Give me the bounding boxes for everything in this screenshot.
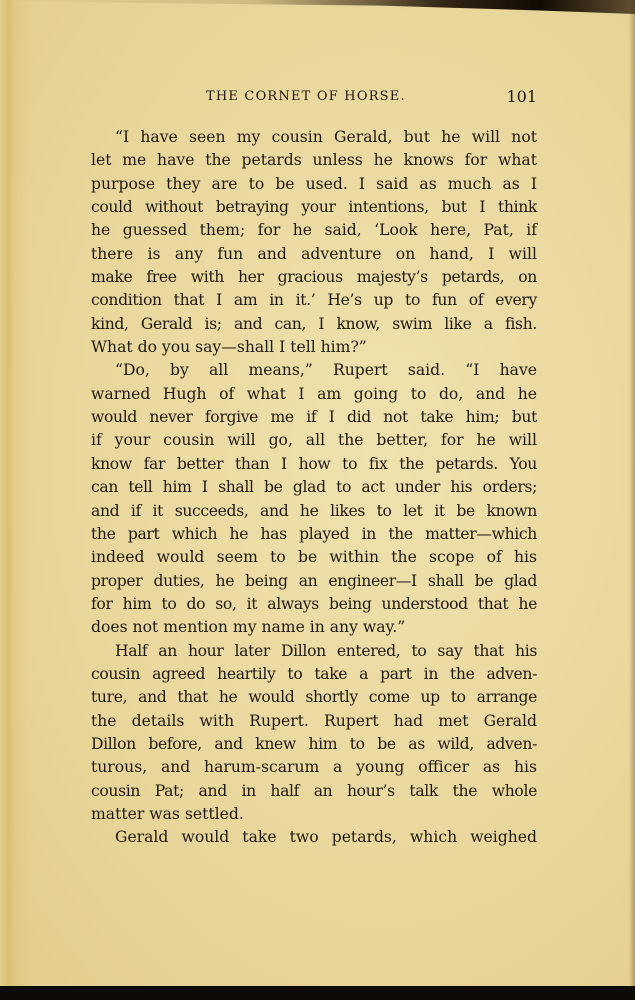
text-line: What do you say—shall I tell him?” (91, 336, 537, 359)
text-line: cousin agreed heartily to take a part in… (91, 663, 537, 686)
text-line: there is any fun and adventure on hand, … (91, 243, 537, 266)
paragraph-1: “I have seen my cousin Gerald, but he wi… (91, 126, 537, 359)
text-line: proper duties, he being an engineer—I sh… (91, 570, 537, 593)
text-line: the part which he has played in the matt… (91, 523, 537, 546)
text-line: the details with Rupert. Rupert had met … (91, 710, 537, 733)
page-bottom-shadow (0, 986, 635, 1000)
text-line: Half an hour later Dillon entered, to sa… (91, 640, 537, 663)
page-gutter-edge (0, 0, 14, 1000)
text-line: “I have seen my cousin Gerald, but he wi… (91, 126, 537, 149)
running-title: THE CORNET OF HORSE. (206, 89, 406, 104)
page-number: 101 (506, 87, 537, 106)
paragraph-2: “Do, by all means,” Rupert said. “I have… (91, 359, 537, 639)
text-line: “Do, by all means,” Rupert said. “I have (91, 359, 537, 382)
text-line: indeed would seem to be within the scope… (91, 546, 537, 569)
text-line: Gerald would take two petards, which wei… (91, 826, 537, 849)
text-line: ture, and that he would shortly come up … (91, 686, 537, 709)
book-page: THE CORNET OF HORSE. 101 “I have seen my… (0, 0, 635, 1000)
text-line: and if it succeeds, and he likes to let … (91, 500, 537, 523)
text-line: can tell him I shall be glad to act unde… (91, 476, 537, 499)
text-line: warned Hugh of what I am going to do, an… (91, 383, 537, 406)
text-line: if your cousin will go, all the better, … (91, 429, 537, 452)
text-line: does not mention my name in any way.” (91, 616, 537, 639)
text-line: cousin Pat; and in half an hour’s talk t… (91, 780, 537, 803)
text-line: he guessed them; for he said, ‘Look here… (91, 219, 537, 242)
text-line: kind, Gerald is; and can, I know, swim l… (91, 313, 537, 336)
text-line: purpose they are to be used. I said as m… (91, 173, 537, 196)
text-line: make free with her gracious majesty’s pe… (91, 266, 537, 289)
text-line: let me have the petards unless he knows … (91, 149, 537, 172)
page-top-shadow (0, 0, 635, 14)
page-right-edge (629, 0, 635, 1000)
running-head: THE CORNET OF HORSE. 101 (91, 88, 537, 108)
text-line: could without betraying your intentions,… (91, 196, 537, 219)
text-line: would never forgive me if I did not take… (91, 406, 537, 429)
paragraph-4: Gerald would take two petards, which wei… (91, 826, 537, 849)
text-line: turous, and harum-scarum a young officer… (91, 756, 537, 779)
body-text: “I have seen my cousin Gerald, but he wi… (91, 126, 537, 850)
text-line: know far better than I how to fix the pe… (91, 453, 537, 476)
text-line: Dillon before, and knew him to be as wil… (91, 733, 537, 756)
text-line: condition that I am in it.’ He’s up to f… (91, 289, 537, 312)
text-line: for him to do so, it always being unders… (91, 593, 537, 616)
text-line: matter was settled. (91, 803, 537, 826)
paragraph-3: Half an hour later Dillon entered, to sa… (91, 640, 537, 827)
